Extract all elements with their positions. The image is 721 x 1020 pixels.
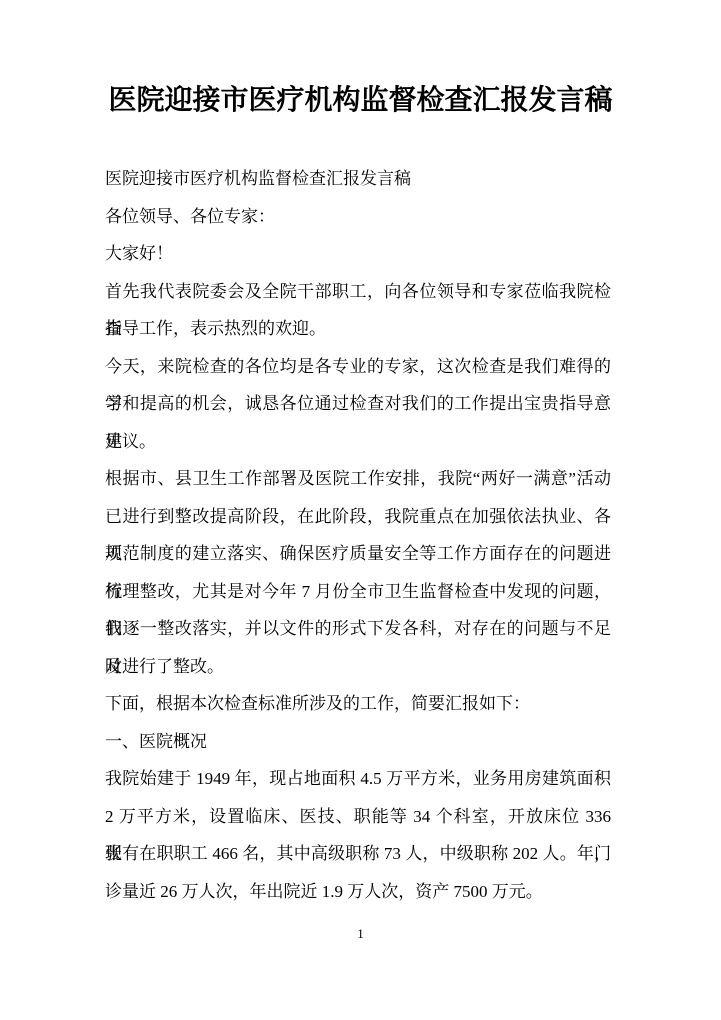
- text-line: 梳理整改，尤其是对今年 7 月份全市卫生监督检查中发现的问题，我: [105, 573, 611, 611]
- text-line: 时进行了整改。: [105, 648, 611, 686]
- text-line: 已进行到整改提高阶段，在此阶段，我院重点在加强依法执业、各项: [105, 498, 611, 536]
- text-line: 首先我代表院委会及全院干部职工，向各位领导和专家莅临我院检查: [105, 273, 611, 311]
- page-number: 1: [0, 924, 721, 944]
- text-line: 建议。: [105, 423, 611, 461]
- text-line: 我院始建于 1949 年，现占地面积 4.5 万平方米，业务用房建筑面积: [105, 760, 611, 798]
- text-line: 规范制度的建立落实、确保医疗质量安全等工作方面存在的问题进行: [105, 535, 611, 573]
- text-line: 习和提高的机会，诚恳各位通过检查对我们的工作提出宝贵指导意见: [105, 385, 611, 423]
- text-line: 根据市、县卫生工作部署及医院工作安排，我院“两好一满意”活动: [105, 460, 611, 498]
- text-line: 各位领导、各位专家：: [105, 198, 611, 236]
- text-line: 诊量近 26 万人次，年出院近 1.9 万人次，资产 7500 万元。: [105, 873, 611, 911]
- text-line: 今天，来院检查的各位均是各专业的专家，这次检查是我们难得的学: [105, 348, 611, 386]
- document-body: 医院迎接市医疗机构监督检查汇报发言稿 各位领导、各位专家： 大家好！ 首先我代表…: [105, 160, 611, 910]
- text-line: 大家好！: [105, 235, 611, 273]
- text-line: 一、医院概况: [105, 723, 611, 761]
- text-line: 医院迎接市医疗机构监督检查汇报发言稿: [105, 160, 611, 198]
- text-line: 下面，根据本次检查标准所涉及的工作，简要汇报如下：: [105, 685, 611, 723]
- document-page: 医院迎接市医疗机构监督检查汇报发言稿 医院迎接市医疗机构监督检查汇报发言稿 各位…: [0, 0, 721, 1020]
- text-line: 2 万平方米，设置临床、医技、职能等 34 个科室，开放床位 336 张，: [105, 798, 611, 836]
- text-line: 指导工作，表示热烈的欢迎。: [105, 310, 611, 348]
- document-title: 医院迎接市医疗机构监督检查汇报发言稿: [0, 82, 721, 120]
- text-line: 们逐一整改落实，并以文件的形式下发各科，对存在的问题与不足及: [105, 610, 611, 648]
- text-line: 现有在职职工 466 名，其中高级职称 73 人，中级职称 202 人。年门: [105, 835, 611, 873]
